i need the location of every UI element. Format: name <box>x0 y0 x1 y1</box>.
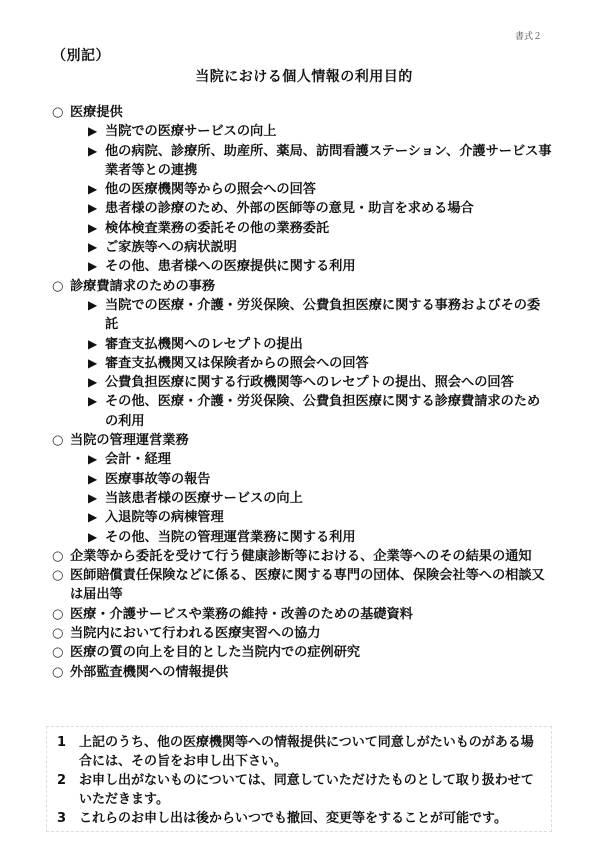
purpose-item: ▶ご家族等への病状説明 <box>52 238 552 257</box>
purpose-item: ▶他の医療機関等からの照会への回答 <box>52 180 552 199</box>
triangle-bullet-icon: ▶ <box>88 219 105 238</box>
triangle-bullet-icon: ▶ <box>88 296 105 335</box>
item-label: ご家族等への病状説明 <box>105 238 552 257</box>
item-label: その他、当院の管理運営業務に関する利用 <box>105 528 552 547</box>
purpose-item: ▶当院での医療・介護・労災保険、公費負担医療に関する事務およびその委託 <box>52 296 552 335</box>
triangle-bullet-icon: ▶ <box>88 528 105 547</box>
triangle-bullet-icon: ▶ <box>88 180 105 199</box>
circle-bullet-icon: ○ <box>52 566 70 605</box>
item-label: 医療事故等の報告 <box>105 470 552 489</box>
triangle-bullet-icon: ▶ <box>88 257 105 276</box>
item-label: 審査支払機関又は保険者からの照会への回答 <box>105 354 552 373</box>
item-label: 他の病院、診療所、助産所、薬局、訪問看護ステーション、介護サービス事業者等との連… <box>105 142 552 181</box>
purpose-item: ▶その他、当院の管理運営業務に関する利用 <box>52 528 552 547</box>
purpose-category: ○診療費請求のための事務 <box>52 277 552 296</box>
purpose-item: ▶当院での医療サービスの向上 <box>52 122 552 141</box>
purpose-category: ○当院内において行われる医療実習への協力 <box>52 624 552 643</box>
purpose-item: ▶入退院等の病棟管理 <box>52 508 552 527</box>
circle-bullet-icon: ○ <box>52 663 70 682</box>
purpose-item: ▶他の病院、診療所、助産所、薬局、訪問看護ステーション、介護サービス事業者等との… <box>52 142 552 181</box>
item-label: 検体検査業務の委託その他の業務委託 <box>105 219 552 238</box>
category-label: 当院内において行われる医療実習への協力 <box>70 624 552 643</box>
category-label: 医療の質の向上を目的とした当院内での症例研究 <box>70 643 552 662</box>
triangle-bullet-icon: ▶ <box>88 450 105 469</box>
purpose-item: ▶その他、患者様への医療提供に関する利用 <box>52 257 552 276</box>
item-label: 当院での医療サービスの向上 <box>105 122 552 141</box>
note-number: 1 <box>57 733 79 771</box>
page-title: 当院における個人情報の利用目的 <box>0 66 608 86</box>
note-number: 2 <box>57 771 79 809</box>
purpose-item: ▶検体検査業務の委託その他の業務委託 <box>52 219 552 238</box>
purpose-category: ○医師賠償責任保険などに係る、医療に関する専門の団体、保険会社等への相談又は届出… <box>52 566 552 605</box>
note-number: 3 <box>57 809 79 828</box>
purpose-item: ▶審査支払機関又は保険者からの照会への回答 <box>52 354 552 373</box>
triangle-bullet-icon: ▶ <box>88 238 105 257</box>
circle-bullet-icon: ○ <box>52 643 70 662</box>
notes-box: 1上記のうち、他の医療機関等への情報提供について同意しがたいものがある場合には、… <box>46 726 552 832</box>
purpose-category: ○医療の質の向上を目的とした当院内での症例研究 <box>52 643 552 662</box>
category-label: 企業等から委託を受けて行う健康診断等における、企業等へのその結果の通知 <box>70 547 552 566</box>
purpose-category: ○企業等から委託を受けて行う健康診断等における、企業等へのその結果の通知 <box>52 547 552 566</box>
item-label: 公費負担医療に関する行政機関等へのレセプトの提出、照会への回答 <box>105 373 552 392</box>
circle-bullet-icon: ○ <box>52 624 70 643</box>
purpose-category: ○当院の管理運営業務 <box>52 431 552 450</box>
note-item: 1上記のうち、他の医療機関等への情報提供について同意しがたいものがある場合には、… <box>57 733 541 771</box>
category-label: 医療・介護サービスや業務の維持・改善のための基礎資料 <box>70 605 552 624</box>
item-label: 審査支払機関へのレセプトの提出 <box>105 335 552 354</box>
purpose-item: ▶審査支払機関へのレセプトの提出 <box>52 335 552 354</box>
circle-bullet-icon: ○ <box>52 547 70 566</box>
category-label: 当院の管理運営業務 <box>70 431 552 450</box>
item-label: その他、医療・介護・労災保険、公費負担医療に関する診療費請求のための利用 <box>105 392 552 431</box>
category-label: 医療提供 <box>70 103 552 122</box>
note-text: これらのお申し出は後からいつでも撤回、変更等をすることが可能です。 <box>79 809 541 828</box>
note-item: 3これらのお申し出は後からいつでも撤回、変更等をすることが可能です。 <box>57 809 541 828</box>
purpose-item: ▶患者様の診療のため、外部の医師等の意見・助言を求める場合 <box>52 199 552 218</box>
purpose-item: ▶医療事故等の報告 <box>52 470 552 489</box>
circle-bullet-icon: ○ <box>52 605 70 624</box>
item-label: 当該患者様の医療サービスの向上 <box>105 489 552 508</box>
item-label: その他、患者様への医療提供に関する利用 <box>105 257 552 276</box>
triangle-bullet-icon: ▶ <box>88 508 105 527</box>
form-number: 書式２ <box>515 29 542 42</box>
triangle-bullet-icon: ▶ <box>88 489 105 508</box>
item-label: 患者様の診療のため、外部の医師等の意見・助言を求める場合 <box>105 199 552 218</box>
item-label: 入退院等の病棟管理 <box>105 508 552 527</box>
triangle-bullet-icon: ▶ <box>88 392 105 431</box>
category-label: 外部監査機関への情報提供 <box>70 663 552 682</box>
triangle-bullet-icon: ▶ <box>88 470 105 489</box>
circle-bullet-icon: ○ <box>52 103 70 122</box>
purpose-category: ○医療提供 <box>52 103 552 122</box>
item-label: 当院での医療・介護・労災保険、公費負担医療に関する事務およびその委託 <box>105 296 552 335</box>
triangle-bullet-icon: ▶ <box>88 199 105 218</box>
purpose-category: ○外部監査機関への情報提供 <box>52 663 552 682</box>
triangle-bullet-icon: ▶ <box>88 354 105 373</box>
item-label: 他の医療機関等からの照会への回答 <box>105 180 552 199</box>
note-text: お申し出がないものについては、同意していただけたものとして取り扱わせていただきま… <box>79 771 541 809</box>
purpose-list: ○医療提供▶当院での医療サービスの向上▶他の病院、診療所、助産所、薬局、訪問看護… <box>52 103 552 682</box>
category-label: 医師賠償責任保険などに係る、医療に関する専門の団体、保険会社等への相談又は届出等 <box>70 566 552 605</box>
category-label: 診療費請求のための事務 <box>70 277 552 296</box>
circle-bullet-icon: ○ <box>52 277 70 296</box>
appendix-label: （別記） <box>52 45 110 65</box>
note-text: 上記のうち、他の医療機関等への情報提供について同意しがたいものがある場合には、そ… <box>79 733 541 771</box>
purpose-item: ▶会計・経理 <box>52 450 552 469</box>
triangle-bullet-icon: ▶ <box>88 335 105 354</box>
circle-bullet-icon: ○ <box>52 431 70 450</box>
triangle-bullet-icon: ▶ <box>88 122 105 141</box>
purpose-item: ▶公費負担医療に関する行政機関等へのレセプトの提出、照会への回答 <box>52 373 552 392</box>
triangle-bullet-icon: ▶ <box>88 142 105 181</box>
purpose-category: ○医療・介護サービスや業務の維持・改善のための基礎資料 <box>52 605 552 624</box>
triangle-bullet-icon: ▶ <box>88 373 105 392</box>
note-item: 2お申し出がないものについては、同意していただけたものとして取り扱わせていただき… <box>57 771 541 809</box>
item-label: 会計・経理 <box>105 450 552 469</box>
purpose-item: ▶その他、医療・介護・労災保険、公費負担医療に関する診療費請求のための利用 <box>52 392 552 431</box>
purpose-item: ▶当該患者様の医療サービスの向上 <box>52 489 552 508</box>
